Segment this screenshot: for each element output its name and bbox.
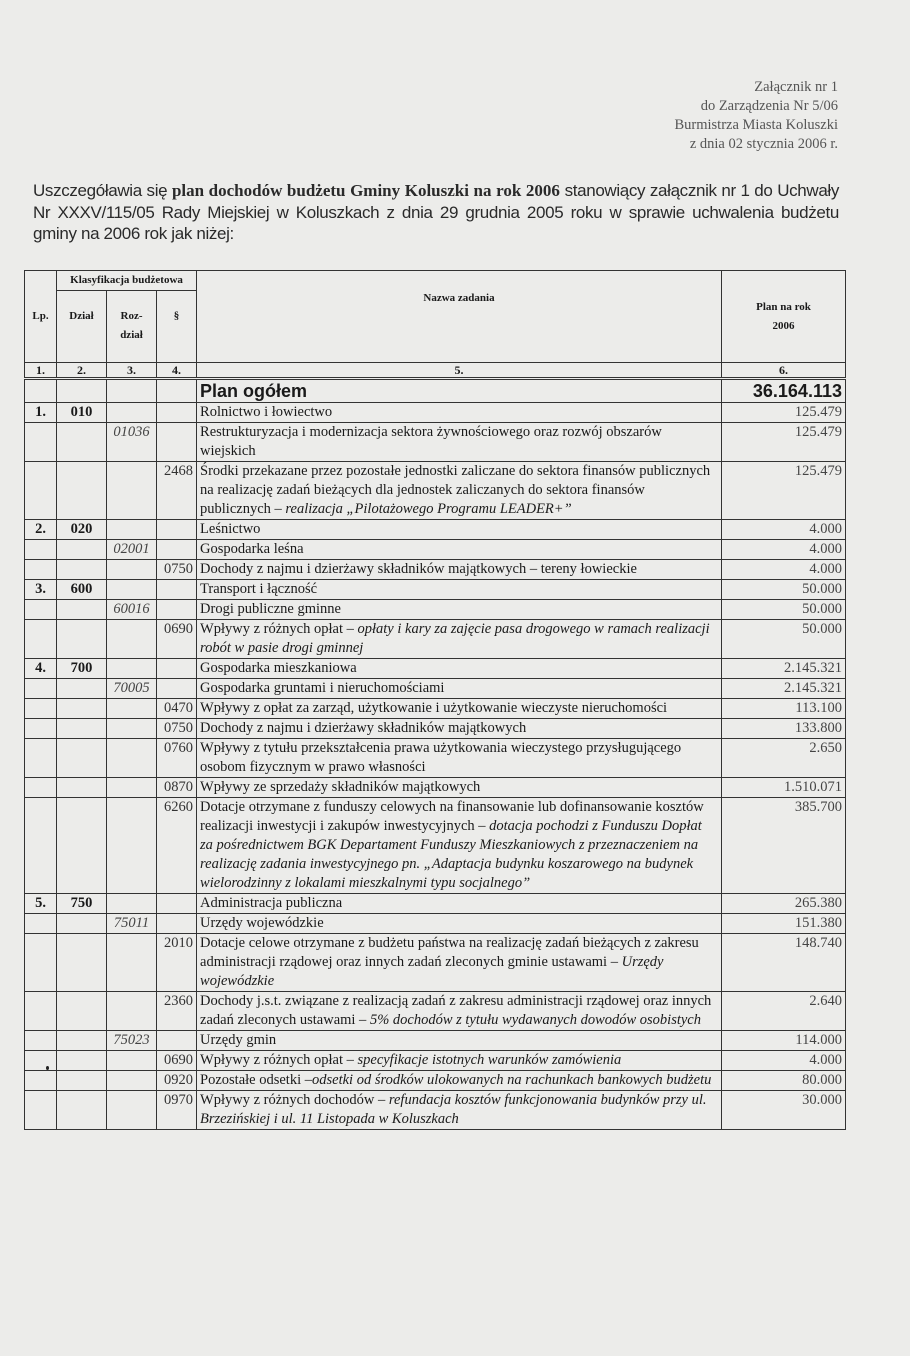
table-row-paragraf: 0760Wpływy z tytułu przekształcenia praw… [25, 739, 846, 778]
cell-plan-value: 50.000 [722, 620, 846, 659]
cell-dzial [57, 914, 107, 934]
task-name: Restrukturyzacja i modernizacja sektora … [200, 424, 662, 459]
intro-bold: plan dochodów budżetu Gminy Koluszki na … [172, 181, 560, 200]
cell-lp [25, 992, 57, 1031]
cell-lp [25, 1071, 57, 1091]
cell-plan-value: 125.479 [722, 403, 846, 423]
annex-line-1: Załącznik nr 1 [674, 78, 838, 97]
cell-name: Gospodarka mieszkaniowa [197, 659, 722, 679]
cell-plan-value: 4.000 [722, 540, 846, 560]
cell-lp [25, 914, 57, 934]
table-row-dzial: 2.020Leśnictwo4.000 [25, 520, 846, 540]
cell-paragraf [157, 520, 197, 540]
cell-dzial [57, 423, 107, 462]
cell-rozdzial [107, 934, 157, 992]
cell-plan-value: 265.380 [722, 894, 846, 914]
header-paragraf: § [157, 291, 197, 363]
cell-lp [25, 719, 57, 739]
cell-name: Pozostałe odsetki –odsetki od środków ul… [197, 1071, 722, 1091]
total-row: Plan ogółem 36.164.113 [25, 379, 846, 403]
header-dzial: Dział [57, 291, 107, 363]
cell-rozdzial [107, 992, 157, 1031]
cell-paragraf: 0970 [157, 1091, 197, 1130]
cell-plan-value: 151.380 [722, 914, 846, 934]
cell-plan-value: 50.000 [722, 600, 846, 620]
cell-dzial [57, 1051, 107, 1071]
cell-lp [25, 1091, 57, 1130]
task-name: Administracja publiczna [200, 895, 342, 911]
cell-lp [25, 1031, 57, 1051]
cell-name: Gospodarka leśna [197, 540, 722, 560]
task-name: Urzędy gmin [200, 1032, 276, 1048]
total-value: 36.164.113 [722, 379, 846, 403]
table-row-paragraf: 0690Wpływy z różnych opłat – specyfikacj… [25, 1051, 846, 1071]
cell-name: Urzędy wojewódzkie [197, 914, 722, 934]
cell-plan-value: 2.145.321 [722, 679, 846, 699]
cell-rozdzial [107, 520, 157, 540]
cell-name: Wpływy z różnych opłat – opłaty i kary z… [197, 620, 722, 659]
cell-dzial [57, 934, 107, 992]
cell-dzial [57, 600, 107, 620]
cell-lp [25, 798, 57, 894]
intro-prefix: Uszczegóławia się [33, 181, 172, 200]
table-row-dzial: 1.010Rolnictwo i łowiectwo125.479 [25, 403, 846, 423]
table-row-rozdzial: 75011Urzędy wojewódzkie151.380 [25, 914, 846, 934]
cell-lp [25, 540, 57, 560]
annex-line-4: z dnia 02 stycznia 2006 r. [674, 135, 838, 154]
cell-plan-value: 2.650 [722, 739, 846, 778]
cell-name: Administracja publiczna [197, 894, 722, 914]
cell-paragraf: 6260 [157, 798, 197, 894]
cell-plan-value: 30.000 [722, 1091, 846, 1130]
cell-paragraf [157, 580, 197, 600]
table-row-rozdzial: 02001Gospodarka leśna4.000 [25, 540, 846, 560]
cell-paragraf [157, 600, 197, 620]
cell-name: Wpływy ze sprzedaży składników majątkowy… [197, 778, 722, 798]
table-row-rozdzial: 01036Restrukturyzacja i modernizacja sek… [25, 423, 846, 462]
cell-paragraf: 2360 [157, 992, 197, 1031]
cell-paragraf [157, 1031, 197, 1051]
table-row-rozdzial: 60016Drogi publiczne gminne50.000 [25, 600, 846, 620]
cell-lp [25, 423, 57, 462]
cell-plan-value: 133.800 [722, 719, 846, 739]
header-lp: Lp. [25, 271, 57, 363]
cell-lp [25, 679, 57, 699]
cell-paragraf [157, 540, 197, 560]
cell-plan-value: 4.000 [722, 1051, 846, 1071]
cell-paragraf: 2010 [157, 934, 197, 992]
cell-dzial: 750 [57, 894, 107, 914]
cell-rozdzial [107, 894, 157, 914]
task-name: Drogi publiczne gminne [200, 601, 341, 617]
table-row-paragraf: 0970Wpływy z różnych dochodów – refundac… [25, 1091, 846, 1130]
cell-lp [25, 1051, 57, 1071]
task-name: Leśnictwo [200, 521, 260, 537]
cell-paragraf: 0750 [157, 719, 197, 739]
cell-name: Transport i łączność [197, 580, 722, 600]
budget-table: Lp. Klasyfikacja budżetowa Nazwa zadania… [24, 270, 846, 1130]
total-label: Plan ogółem [197, 379, 722, 403]
cell-paragraf [157, 894, 197, 914]
annex-line-3: Burmistrza Miasta Koluszki [674, 116, 838, 135]
cell-paragraf: 0920 [157, 1071, 197, 1091]
col-num-2: 2. [57, 363, 107, 379]
cell-lp: 3. [25, 580, 57, 600]
table-row-paragraf: 2468Środki przekazane przez pozostałe je… [25, 462, 846, 520]
table-row-paragraf: 0920Pozostałe odsetki –odsetki od środkó… [25, 1071, 846, 1091]
cell-dzial: 600 [57, 580, 107, 600]
cell-dzial [57, 992, 107, 1031]
cell-name: Dotacje celowe otrzymane z budżetu państ… [197, 934, 722, 992]
cell-plan-value: 4.000 [722, 520, 846, 540]
scan-artifact-dot [46, 1066, 49, 1070]
cell-name: Drogi publiczne gminne [197, 600, 722, 620]
col-num-4: 4. [157, 363, 197, 379]
table-row-dzial: 5.750Administracja publiczna265.380 [25, 894, 846, 914]
table-row-rozdzial: 75023Urzędy gmin114.000 [25, 1031, 846, 1051]
cell-rozdzial [107, 560, 157, 580]
col-num-6: 6. [722, 363, 846, 379]
cell-lp [25, 600, 57, 620]
cell-dzial [57, 719, 107, 739]
cell-rozdzial [107, 1091, 157, 1130]
cell-paragraf: 0690 [157, 1051, 197, 1071]
cell-rozdzial [107, 462, 157, 520]
cell-paragraf: 2468 [157, 462, 197, 520]
task-note: 5% dochodów z tytułu wydawanych dowodów … [370, 1012, 701, 1028]
table-row-paragraf: 2010Dotacje celowe otrzymane z budżetu p… [25, 934, 846, 992]
cell-paragraf: 0760 [157, 739, 197, 778]
intro-paragraph: Uszczegóławia się plan dochodów budżetu … [33, 180, 839, 245]
cell-dzial: 010 [57, 403, 107, 423]
header-klasyfikacja: Klasyfikacja budżetowa [57, 271, 197, 291]
cell-dzial [57, 798, 107, 894]
cell-dzial [57, 462, 107, 520]
cell-rozdzial: 75011 [107, 914, 157, 934]
cell-rozdzial [107, 798, 157, 894]
cell-rozdzial [107, 699, 157, 719]
task-name: Wpływy z różnych opłat – [200, 1052, 357, 1068]
table-row-paragraf: 6260Dotacje otrzymane z funduszy celowyc… [25, 798, 846, 894]
col-num-3: 3. [107, 363, 157, 379]
cell-name: Urzędy gmin [197, 1031, 722, 1051]
header-row-1: Lp. Klasyfikacja budżetowa Nazwa zadania… [25, 271, 846, 291]
header-rozdzial-text: Roz- dział [117, 307, 147, 345]
cell-paragraf [157, 679, 197, 699]
cell-dzial [57, 1091, 107, 1130]
task-name: Gospodarka mieszkaniowa [200, 660, 357, 676]
cell-rozdzial: 01036 [107, 423, 157, 462]
header-nazwa: Nazwa zadania [197, 271, 722, 363]
cell-name: Środki przekazane przez pozostałe jednos… [197, 462, 722, 520]
annex-reference: Załącznik nr 1 do Zarządzenia Nr 5/06 Bu… [674, 78, 838, 154]
cell-plan-value: 2.640 [722, 992, 846, 1031]
header-plan-text: Plan na rok 2006 [749, 298, 819, 336]
task-name: Transport i łączność [200, 581, 317, 597]
cell-rozdzial [107, 739, 157, 778]
cell-name: Dochody z najmu i dzierżawy składników m… [197, 560, 722, 580]
task-name: Wpływy z różnych opłat – [200, 621, 357, 637]
cell-dzial [57, 739, 107, 778]
cell-paragraf: 0870 [157, 778, 197, 798]
cell-rozdzial: 02001 [107, 540, 157, 560]
cell-lp: 2. [25, 520, 57, 540]
table-row-paragraf: 0690Wpływy z różnych opłat – opłaty i ka… [25, 620, 846, 659]
task-name: Wpływy z opłat za zarząd, użytkowanie i … [200, 700, 667, 716]
cell-name: Wpływy z różnych opłat – specyfikacje is… [197, 1051, 722, 1071]
cell-plan-value: 4.000 [722, 560, 846, 580]
cell-plan-value: 80.000 [722, 1071, 846, 1091]
cell-lp: 1. [25, 403, 57, 423]
cell-plan-value: 113.100 [722, 699, 846, 719]
cell-dzial: 700 [57, 659, 107, 679]
cell-rozdzial [107, 1071, 157, 1091]
cell-name: Dochody z najmu i dzierżawy składników m… [197, 719, 722, 739]
cell-name: Rolnictwo i łowiectwo [197, 403, 722, 423]
col-num-5: 5. [197, 363, 722, 379]
task-name: Dochody z najmu i dzierżawy składników m… [200, 561, 637, 577]
task-note: specyfikacje istotnych warunków zamówien… [357, 1052, 621, 1068]
cell-dzial [57, 1031, 107, 1051]
cell-dzial [57, 679, 107, 699]
task-name: Wpływy ze sprzedaży składników majątkowy… [200, 779, 480, 795]
cell-paragraf: 0470 [157, 699, 197, 719]
cell-dzial [57, 620, 107, 659]
cell-dzial [57, 560, 107, 580]
cell-rozdzial [107, 659, 157, 679]
cell-rozdzial [107, 1051, 157, 1071]
col-num-1: 1. [25, 363, 57, 379]
cell-name: Wpływy z tytułu przekształcenia prawa uż… [197, 739, 722, 778]
cell-plan-value: 114.000 [722, 1031, 846, 1051]
cell-lp [25, 620, 57, 659]
cell-plan-value: 385.700 [722, 798, 846, 894]
task-name: Wpływy z różnych dochodów – [200, 1092, 389, 1108]
header-plan: Plan na rok 2006 [722, 271, 846, 363]
cell-dzial [57, 699, 107, 719]
cell-lp [25, 934, 57, 992]
cell-lp [25, 560, 57, 580]
cell-plan-value: 2.145.321 [722, 659, 846, 679]
cell-name: Leśnictwo [197, 520, 722, 540]
task-note: realizacja „Pilotażowego Programu LEADER… [285, 501, 571, 517]
cell-name: Wpływy z opłat za zarząd, użytkowanie i … [197, 699, 722, 719]
cell-paragraf: 0690 [157, 620, 197, 659]
cell-plan-value: 50.000 [722, 580, 846, 600]
cell-lp: 5. [25, 894, 57, 914]
cell-lp [25, 778, 57, 798]
cell-plan-value: 125.479 [722, 423, 846, 462]
cell-plan-value: 1.510.071 [722, 778, 846, 798]
cell-rozdzial: 75023 [107, 1031, 157, 1051]
cell-dzial: 020 [57, 520, 107, 540]
cell-rozdzial: 70005 [107, 679, 157, 699]
table-row-rozdzial: 70005Gospodarka gruntami i nieruchomości… [25, 679, 846, 699]
cell-paragraf [157, 914, 197, 934]
table-row-dzial: 3.600Transport i łączność50.000 [25, 580, 846, 600]
cell-rozdzial: 60016 [107, 600, 157, 620]
cell-lp [25, 462, 57, 520]
table-row-paragraf: 0750Dochody z najmu i dzierżawy składnik… [25, 719, 846, 739]
task-name: Gospodarka leśna [200, 541, 303, 557]
cell-name: Dochody j.s.t. związane z realizacją zad… [197, 992, 722, 1031]
cell-lp [25, 739, 57, 778]
cell-dzial [57, 778, 107, 798]
task-name: Urzędy wojewódzkie [200, 915, 324, 931]
task-name: Wpływy z tytułu przekształcenia prawa uż… [200, 740, 681, 775]
cell-plan-value: 148.740 [722, 934, 846, 992]
table-row-paragraf: 0470Wpływy z opłat za zarząd, użytkowani… [25, 699, 846, 719]
task-name: Pozostałe odsetki – [200, 1072, 312, 1088]
cell-plan-value: 125.479 [722, 462, 846, 520]
cell-rozdzial [107, 620, 157, 659]
cell-rozdzial [107, 719, 157, 739]
cell-paragraf: 0750 [157, 560, 197, 580]
task-name: Gospodarka gruntami i nieruchomościami [200, 680, 444, 696]
cell-rozdzial [107, 403, 157, 423]
task-name: Rolnictwo i łowiectwo [200, 404, 332, 420]
table-row-paragraf: 2360Dochody j.s.t. związane z realizacją… [25, 992, 846, 1031]
cell-name: Restrukturyzacja i modernizacja sektora … [197, 423, 722, 462]
task-name: Dochody z najmu i dzierżawy składników m… [200, 720, 526, 736]
table-row-paragraf: 0750Dochody z najmu i dzierżawy składnik… [25, 560, 846, 580]
cell-name: Dotacje otrzymane z funduszy celowych na… [197, 798, 722, 894]
annex-line-2: do Zarządzenia Nr 5/06 [674, 97, 838, 116]
cell-rozdzial [107, 580, 157, 600]
cell-paragraf [157, 659, 197, 679]
table-row-paragraf: 0870Wpływy ze sprzedaży składników mająt… [25, 778, 846, 798]
cell-paragraf [157, 403, 197, 423]
cell-name: Gospodarka gruntami i nieruchomościami [197, 679, 722, 699]
cell-lp [25, 699, 57, 719]
column-numbers-row: 1. 2. 3. 4. 5. 6. [25, 363, 846, 379]
task-note: odsetki od środków ulokowanych na rachun… [312, 1072, 711, 1088]
cell-lp: 4. [25, 659, 57, 679]
cell-dzial [57, 540, 107, 560]
cell-rozdzial [107, 778, 157, 798]
header-rozdzial: Roz- dział [107, 291, 157, 363]
table-row-dzial: 4.700Gospodarka mieszkaniowa2.145.321 [25, 659, 846, 679]
cell-dzial [57, 1071, 107, 1091]
cell-paragraf [157, 423, 197, 462]
cell-name: Wpływy z różnych dochodów – refundacja k… [197, 1091, 722, 1130]
